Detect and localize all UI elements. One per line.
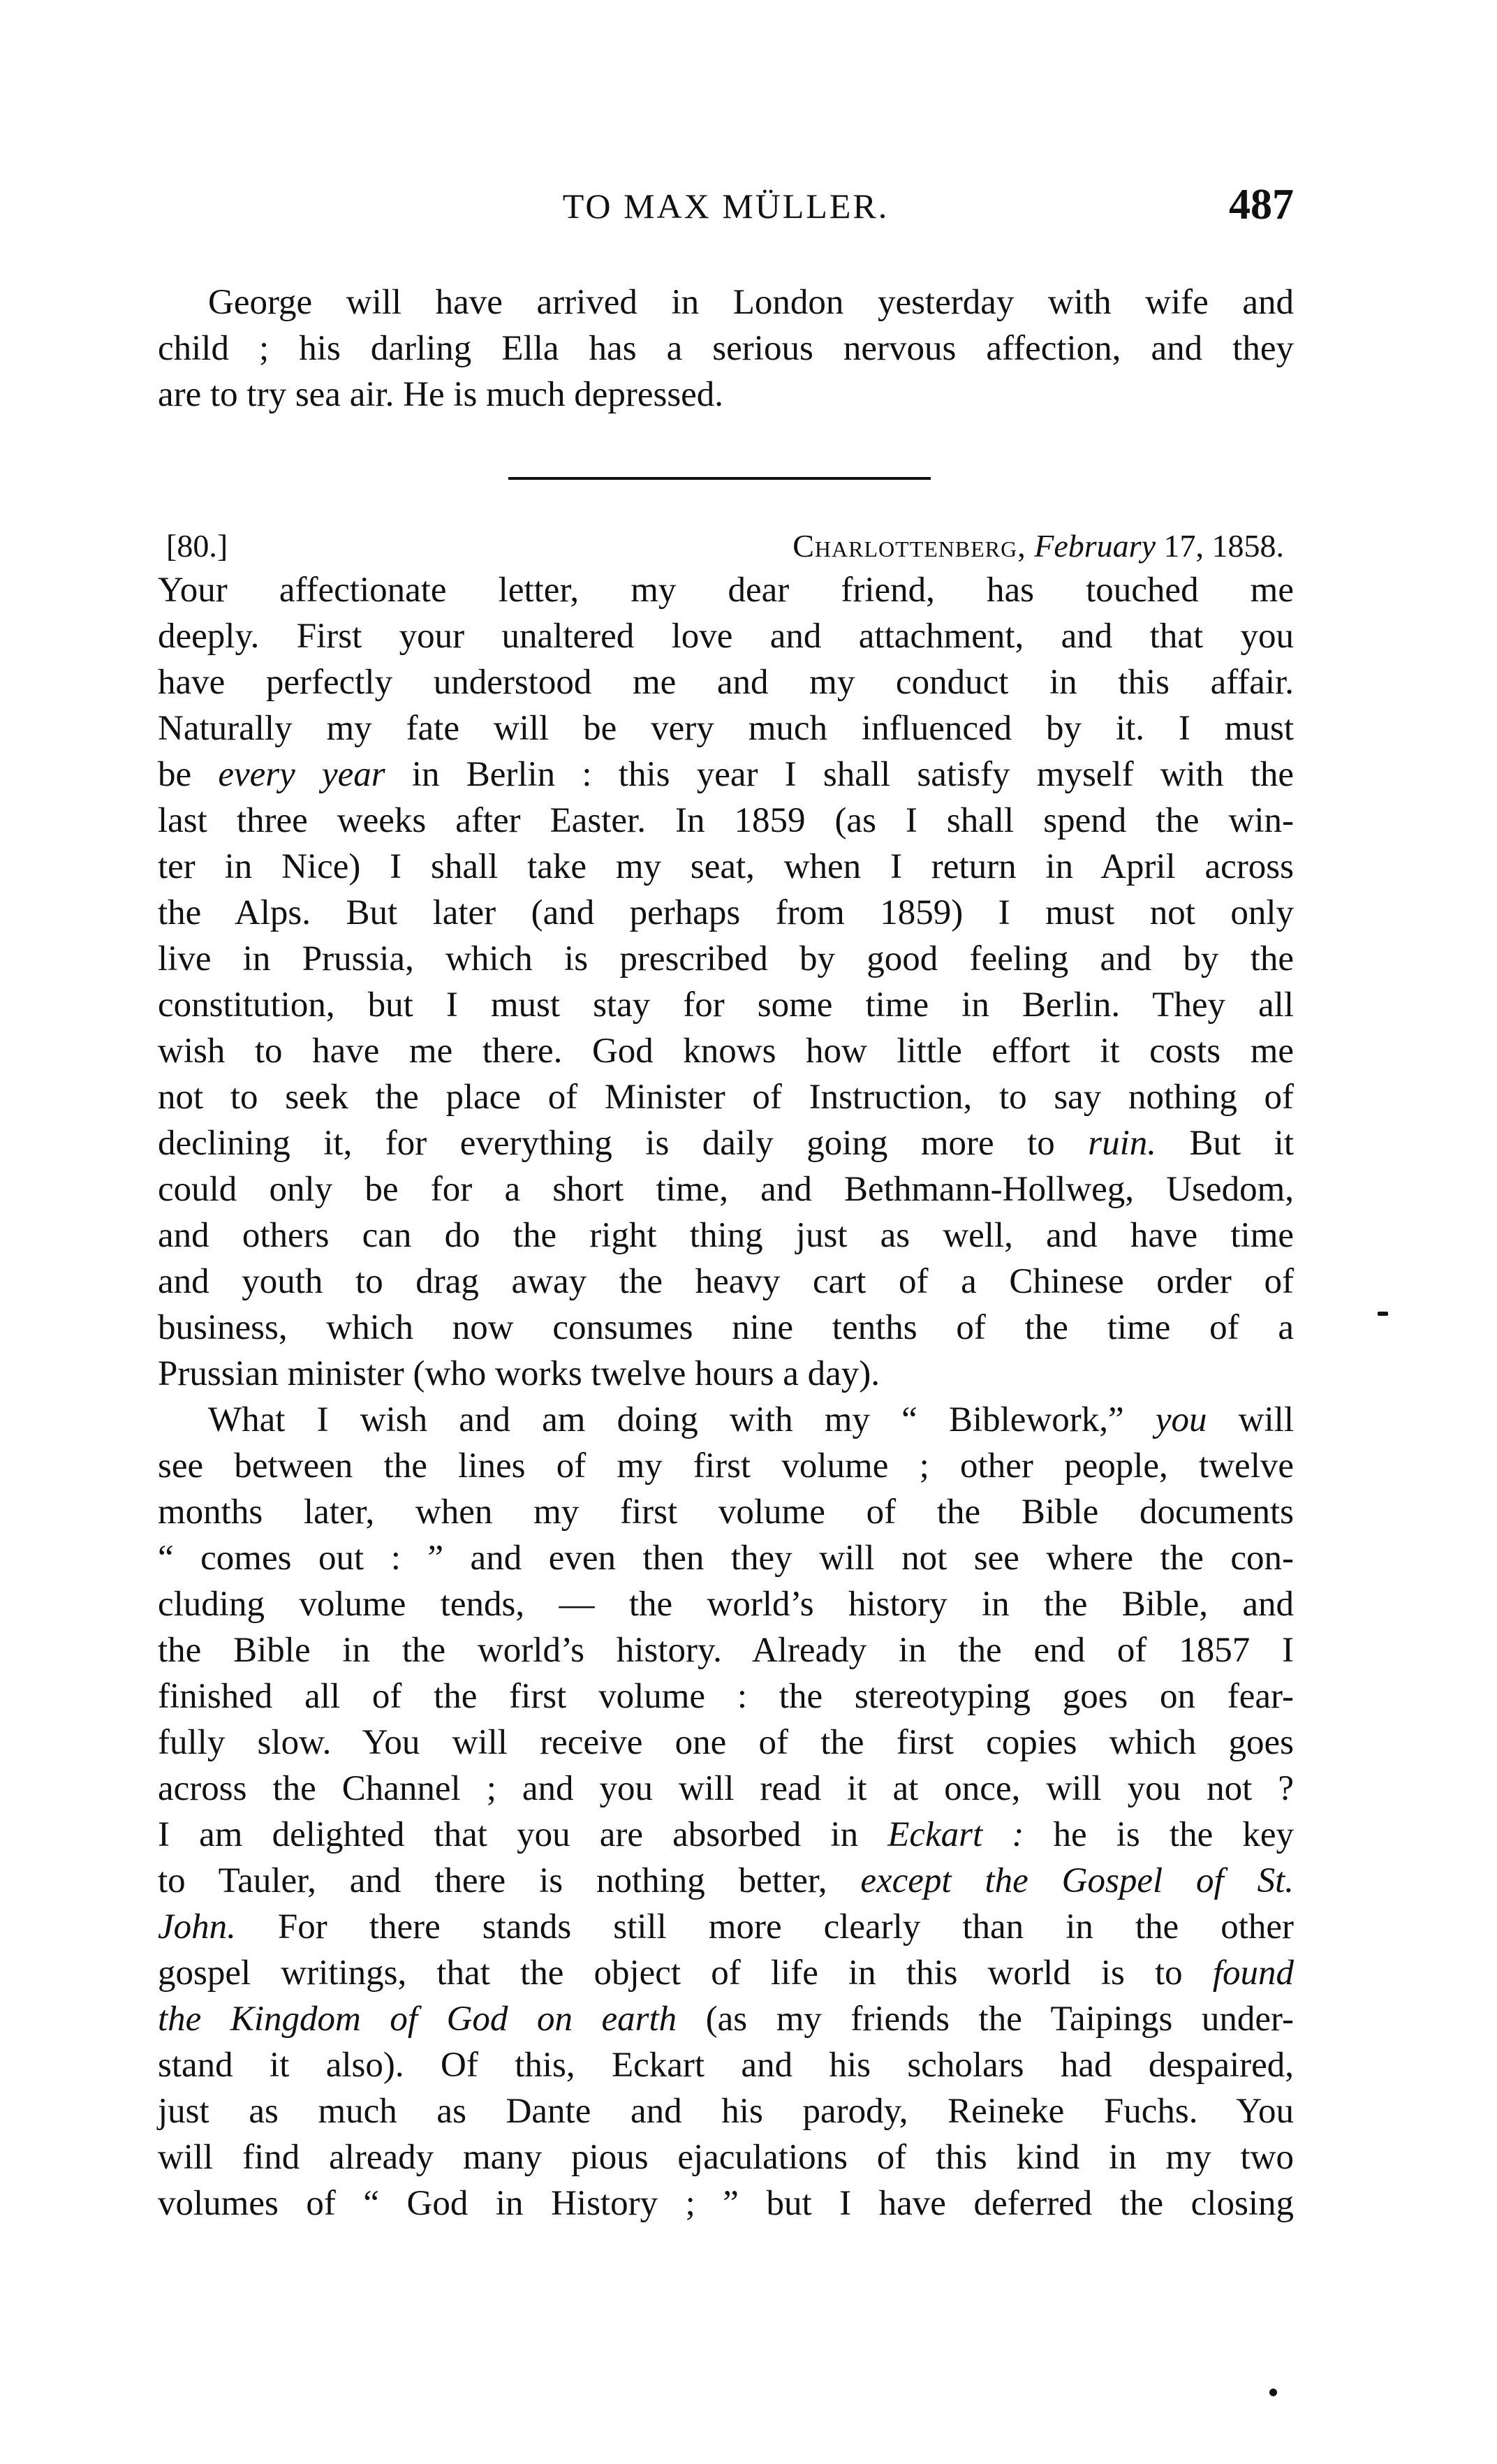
letter-date-month: February [1034, 528, 1156, 564]
text-run: will find already many pious ejaculation… [158, 2138, 1294, 2177]
text-line: are to try sea air. He is much depressed… [158, 372, 1294, 418]
text-line: business, which now consumes nine tenths… [158, 1305, 1294, 1351]
text-run: be [158, 755, 218, 794]
text-line: constitution, but I must stay for some t… [158, 982, 1294, 1028]
text-line: just as much as Dante and his parody, Re… [158, 2088, 1294, 2134]
text-run: and youth to drag away the heavy cart of… [158, 1262, 1294, 1301]
text-line: see between the lines of my first volume… [158, 1443, 1294, 1489]
text-line: What I wish and am doing with my “ Bible… [158, 1397, 1294, 1443]
italic-text: the Kingdom of God on earth [158, 2000, 677, 2039]
text-line: Your affectionate letter, my dear friend… [158, 567, 1294, 613]
text-line: finished all of the first volume : the s… [158, 1673, 1294, 1719]
text-line: John. For there stands still more clearl… [158, 1904, 1294, 1950]
text-run: gospel writings, that the object of life… [158, 1953, 1213, 1993]
text-run: not to seek the place of Minister of Ins… [158, 1078, 1294, 1117]
text-line: fully slow. You will receive one of the … [158, 1719, 1294, 1766]
text-run: wish to have me there. God knows how lit… [158, 1032, 1294, 1071]
text-line: I am delighted that you are absorbed in … [158, 1812, 1294, 1858]
text-run: he is the key [1024, 1815, 1294, 1854]
text-line: ter in Nice) I shall take my seat, when … [158, 844, 1294, 890]
text-line: the Kingdom of God on earth (as my frien… [158, 1996, 1294, 2042]
letter-body: Your affectionate letter, my dear friend… [158, 567, 1294, 2227]
section-divider-rule [508, 477, 931, 480]
text-run: just as much as Dante and his parody, Re… [158, 2092, 1294, 2131]
text-line: and others can do the right thing just a… [158, 1212, 1294, 1259]
paragraph: Your affectionate letter, my dear friend… [158, 567, 1294, 1397]
text-line: to Tauler, and there is nothing better, … [158, 1858, 1294, 1904]
text-line: live in Prussia, which is prescribed by … [158, 936, 1294, 982]
paragraph: What I wish and am doing with my “ Bible… [158, 1397, 1294, 2227]
text-line: volumes of “ God in History ; ” but I ha… [158, 2180, 1294, 2227]
text-line: the Bible in the world’s history. Alread… [158, 1627, 1294, 1673]
text-line: Naturally my fate will be very much infl… [158, 705, 1294, 751]
running-head: TO MAX MÜLLER. 487 [158, 180, 1294, 229]
text-line: child ; his darling Ella has a serious n… [158, 325, 1294, 372]
letter-place-date: Charlottenberg, February 17, 1858. [792, 525, 1284, 567]
text-run: But it [1156, 1124, 1294, 1163]
bottom-ink-dot [1269, 2389, 1277, 2396]
italic-text: found [1213, 1953, 1294, 1993]
text-run: constitution, but I must stay for some t… [158, 985, 1294, 1025]
text-run: to Tauler, and there is nothing better, [158, 1861, 860, 1900]
text-run: the Bible in the world’s history. Alread… [158, 1631, 1294, 1670]
text-run: and others can do the right thing just a… [158, 1216, 1294, 1255]
text-line: be every year in Berlin : this year I sh… [158, 751, 1294, 798]
text-run: Prussian minister (who works twelve hour… [158, 1354, 880, 1393]
text-line: have perfectly understood me and my cond… [158, 659, 1294, 705]
text-run: cluding volume tends, — the world’s hist… [158, 1585, 1294, 1624]
text-run: deeply. First your unaltered love and at… [158, 617, 1294, 656]
text-run: months later, when my first volume of th… [158, 1493, 1294, 1532]
text-run: across the Channel ; and you will read i… [158, 1769, 1294, 1808]
text-line: last three weeks after Easter. In 1859 (… [158, 798, 1294, 844]
text-run: volumes of “ God in History ; ” but I ha… [158, 2184, 1294, 2223]
text-run: in Berlin : this year I shall satisfy my… [385, 755, 1294, 794]
text-run: live in Prussia, which is prescribed by … [158, 939, 1294, 978]
text-run: stand it also). Of this, Eckart and his … [158, 2046, 1294, 2085]
text-run: What I wish and am doing with my “ Bible… [208, 1400, 1156, 1439]
text-run: could only be for a short time, and Beth… [158, 1170, 1294, 1209]
margin-ink-mark [1378, 1312, 1388, 1316]
text-run: the Alps. But later (and perhaps from 18… [158, 893, 1294, 932]
italic-text: every year [218, 755, 385, 794]
italic-text: Eckart : [887, 1815, 1024, 1854]
text-run: last three weeks after Easter. In 1859 (… [158, 801, 1294, 840]
text-run: I am delighted that you are absorbed in [158, 1815, 887, 1854]
letter-number: [80.] [166, 525, 228, 567]
text-run: declining it, for everything is daily go… [158, 1124, 1088, 1163]
letter-dateline: [80.] Charlottenberg, February 17, 1858. [158, 525, 1294, 567]
page-number: 487 [1229, 180, 1294, 230]
text-line: will find already many pious ejaculation… [158, 2134, 1294, 2180]
opening-paragraph: George will have arrived in London yeste… [158, 279, 1294, 418]
text-line: the Alps. But later (and perhaps from 18… [158, 890, 1294, 936]
text-run: Your affectionate letter, my dear friend… [158, 571, 1294, 610]
text-line: deeply. First your unaltered love and at… [158, 613, 1294, 659]
text-line: George will have arrived in London yeste… [158, 279, 1294, 325]
text-line: “ comes out : ” and even then they will … [158, 1535, 1294, 1581]
text-line: Prussian minister (who works twelve hour… [158, 1351, 1294, 1397]
text-line: not to seek the place of Minister of Ins… [158, 1074, 1294, 1120]
italic-text: except the Gospel of St. [860, 1861, 1294, 1900]
italic-text: John. [158, 1907, 236, 1946]
text-run: Naturally my fate will be very much infl… [158, 709, 1294, 748]
italic-text: you [1156, 1400, 1207, 1439]
text-run: fully slow. You will receive one of the … [158, 1723, 1294, 1762]
text-line: cluding volume tends, — the world’s hist… [158, 1581, 1294, 1627]
text-line: gospel writings, that the object of life… [158, 1950, 1294, 1996]
letter-place: Charlottenberg, [792, 528, 1026, 564]
text-line: stand it also). Of this, Eckart and his … [158, 2042, 1294, 2088]
text-run: have perfectly understood me and my cond… [158, 663, 1294, 702]
text-run: (as my friends the Taipings under- [677, 2000, 1294, 2039]
italic-text: ruin. [1088, 1124, 1156, 1163]
text-line: months later, when my first volume of th… [158, 1489, 1294, 1535]
text-run: business, which now consumes nine tenths… [158, 1308, 1294, 1347]
text-run: ter in Nice) I shall take my seat, when … [158, 847, 1294, 886]
text-run: For there stands still more clearly than… [236, 1907, 1294, 1946]
text-run: “ comes out : ” and even then they will … [158, 1539, 1294, 1578]
text-run: will [1207, 1400, 1294, 1439]
text-line: declining it, for everything is daily go… [158, 1120, 1294, 1166]
text-run: see between the lines of my first volume… [158, 1446, 1294, 1486]
text-line: across the Channel ; and you will read i… [158, 1766, 1294, 1812]
text-line: could only be for a short time, and Beth… [158, 1166, 1294, 1212]
text-run: finished all of the first volume : the s… [158, 1677, 1294, 1716]
text-line: wish to have me there. God knows how lit… [158, 1028, 1294, 1074]
text-line: and youth to drag away the heavy cart of… [158, 1259, 1294, 1305]
running-title: TO MAX MÜLLER. [158, 186, 1294, 226]
letter-date-rest: 17, 1858. [1156, 528, 1284, 564]
book-page: TO MAX MÜLLER. 487 George will have arri… [0, 0, 1497, 2464]
